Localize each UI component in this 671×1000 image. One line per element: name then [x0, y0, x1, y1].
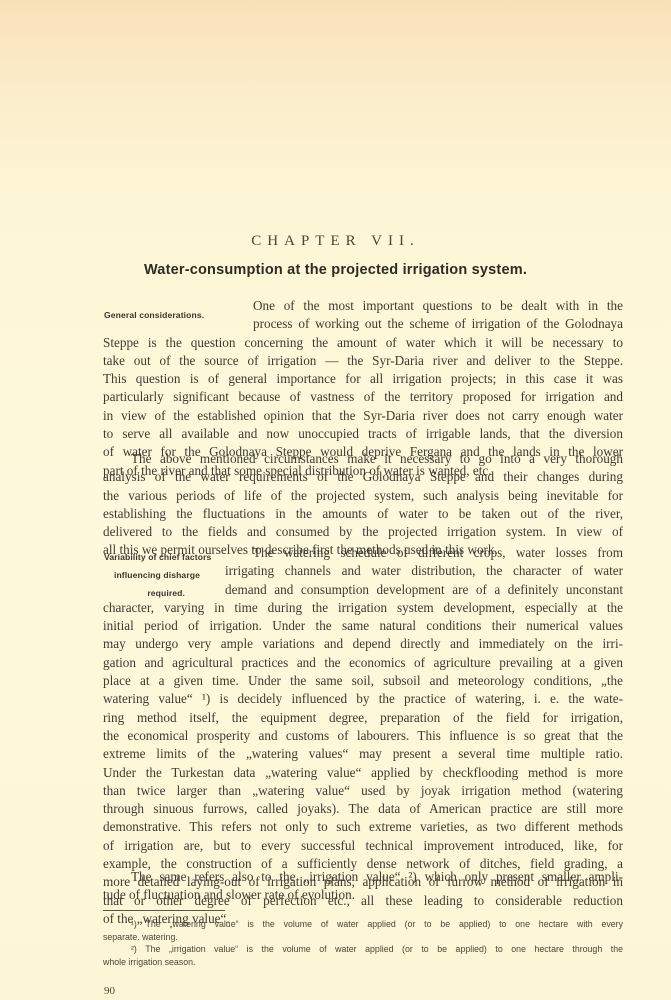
text-line: the various periods of life of the proje…: [103, 487, 623, 505]
text-line: The same refers also to the „irrigation …: [103, 868, 623, 886]
footnotes: ¹) The „watering value“ is the volume of…: [103, 918, 623, 968]
text-line: place at a given time. Under the same so…: [103, 672, 623, 690]
text-line: Under the Turkestan data „watering value…: [103, 764, 623, 782]
text-line: to serve all available and now unoccupie…: [103, 425, 623, 443]
text-line: character, varying in time during the ir…: [103, 599, 623, 617]
chapter-heading: CHAPTER VII.: [0, 233, 671, 250]
text-line: than twice larger than „watering value“ …: [103, 782, 623, 800]
text-line: ring method itself, the equipment degree…: [103, 709, 623, 727]
footnote-2-line: whole irrigation season.: [103, 956, 623, 969]
text-line: extreme limits of the „watering values“ …: [103, 745, 623, 763]
text-line: in view of the established opinion that …: [103, 407, 623, 425]
chapter-title: Water-consumption at the projected irrig…: [0, 262, 671, 278]
footnote-1-line: ¹) The „watering value“ is the volume of…: [103, 918, 623, 931]
text-line: One of the most important questions to b…: [103, 297, 623, 315]
text-line: through sinuous furrows, called joyaks).…: [103, 800, 623, 818]
text-line: demonstrative. This refers not only to s…: [103, 818, 623, 836]
text-line: establishing the fluctuations in the amo…: [103, 505, 623, 523]
text-line: This question is of general importance f…: [103, 370, 623, 388]
book-page: CHAPTER VII. Water-consumption at the pr…: [0, 0, 671, 1000]
text-line: process of working out the scheme of irr…: [103, 315, 623, 333]
text-line: take out of the source of irrigation — t…: [103, 352, 623, 370]
text-line: The above mentioned circumstances make i…: [103, 450, 623, 468]
text-line: of irrigation are, but to every successf…: [103, 837, 623, 855]
text-line: watering value“ ¹) is decidely influence…: [103, 690, 623, 708]
page-number: 90: [104, 985, 115, 997]
footnote-divider: [103, 910, 225, 911]
footnote-2-line: ²) The „irrigation value“ is the volume …: [103, 943, 623, 956]
text-line: irrigating channels and water distributi…: [103, 562, 623, 580]
text-line: gation and agricultural practices and th…: [103, 654, 623, 672]
text-line: delivered to the fields and consumed by …: [103, 523, 623, 541]
paragraph-4: The same refers also to the „irrigation …: [103, 868, 623, 905]
text-line: tude of fluctuation and slower rate of e…: [103, 886, 623, 904]
text-line: Steppe is the question concerning the am…: [103, 334, 623, 352]
text-line: The watering schedule of different crops…: [103, 544, 623, 562]
text-line: may undergo very ample variations and de…: [103, 635, 623, 653]
text-line: analysis of the water requirements of th…: [103, 468, 623, 486]
text-line: demand and consumption development are o…: [103, 581, 623, 599]
text-line: particularly significant because of vast…: [103, 388, 623, 406]
text-line: the economical prosperity and customs of…: [103, 727, 623, 745]
footnote-1-line: separate. watering.: [103, 931, 623, 944]
text-line: initial period of irrigation. Under the …: [103, 617, 623, 635]
